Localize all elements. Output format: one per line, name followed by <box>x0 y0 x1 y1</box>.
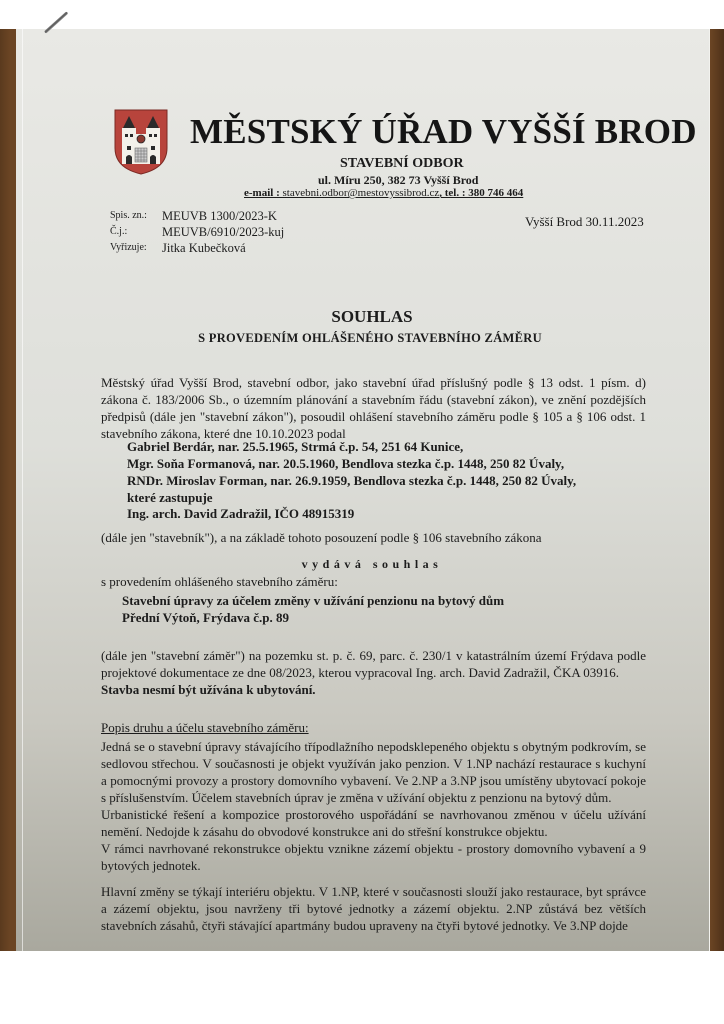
reference-value: MEUVB/6910/2023-kuj <box>162 224 284 240</box>
email-label: e-mail : <box>244 187 282 199</box>
reference-row-number: Č.j.: MEUVB/6910/2023-kuj <box>110 224 284 240</box>
contact-line: e-mail : stavebni.odbor@mestovyssibrod.c… <box>244 187 523 199</box>
applicant-entry: Mgr. Soňa Formanová, nar. 20.5.1960, Ben… <box>127 455 576 472</box>
coat-of-arms-icon <box>113 108 169 176</box>
description-paragraph: Urbanistické řešení a kompozice prostoro… <box>101 806 646 840</box>
reference-label: Č.j.: <box>110 224 162 240</box>
reference-value: MEUVB 1300/2023-K <box>162 208 277 224</box>
location-text: (dále jen "stavební záměr") na pozemku s… <box>101 648 646 680</box>
department-name: STAVEBNÍ ODBOR <box>340 156 464 172</box>
office-address: ul. Míru 250, 382 73 Vyšší Brod <box>318 173 478 188</box>
email-link[interactable]: stavebni.odbor@mestovyssibrod.cz <box>282 187 439 199</box>
reference-block: Spis. zn.: MEUVB 1300/2023-K Č.j.: MEUVB… <box>110 208 284 256</box>
applicants-list: Gabriel Berdár, nar. 25.5.1965, Strmá č.… <box>127 438 576 506</box>
builder-line: (dále jen "stavebník"), a na základě toh… <box>101 530 542 546</box>
phone-text: , tel. : 380 746 464 <box>439 187 523 199</box>
document-subtitle: S PROVEDENÍM OHLÁŠENÉHO STAVEBNÍHO ZÁMĚR… <box>8 331 724 346</box>
applicant-entry: RNDr. Miroslav Forman, nar. 26.9.1959, B… <box>127 472 576 489</box>
issues-consent-heading: vydává souhlas <box>10 557 724 572</box>
applicant-entry: Gabriel Berdár, nar. 25.5.1965, Strmá č.… <box>127 438 576 455</box>
representative: Ing. arch. David Zadražil, IČO 48915319 <box>127 506 354 522</box>
document-title: SOUHLAS <box>10 307 724 327</box>
project-location: Přední Výtoň, Frýdava č.p. 89 <box>122 609 504 626</box>
description-heading: Popis druhu a účelu stavebního záměru: <box>101 720 309 736</box>
intro-paragraph: Městský úřad Vyšší Brod, stavební odbor,… <box>101 374 646 442</box>
project-title: Stavební úpravy za účelem změny v užíván… <box>122 592 504 609</box>
representation-note: které zastupuje <box>127 489 576 506</box>
description-paragraph: Jedná se o stavební úpravy stávajícího t… <box>101 738 646 806</box>
use-restriction: Stavba nesmí být užívána k ubytování. <box>101 682 316 697</box>
reference-label: Vyřizuje: <box>110 240 162 256</box>
execution-line: s provedením ohlášeného stavebního záměr… <box>101 574 338 590</box>
reference-value: Jitka Kubečková <box>162 240 246 256</box>
place-date: Vyšší Brod 30.11.2023 <box>525 214 644 230</box>
reference-row-handler: Vyřizuje: Jitka Kubečková <box>110 240 284 256</box>
reference-row-file: Spis. zn.: MEUVB 1300/2023-K <box>110 208 284 224</box>
project-name: Stavební úpravy za účelem změny v užíván… <box>122 592 504 626</box>
document: MĚSTSKÝ ÚŘAD VYŠŠÍ BROD STAVEBNÍ ODBOR u… <box>0 0 724 1024</box>
reference-label: Spis. zn.: <box>110 208 162 224</box>
location-paragraph: (dále jen "stavební záměr") na pozemku s… <box>101 647 646 698</box>
office-name: MĚSTSKÝ ÚŘAD VYŠŠÍ BROD <box>190 112 697 152</box>
description-paragraph: V rámci navrhované rekonstrukce objektu … <box>101 840 646 874</box>
description-paragraph: Hlavní změny se týkají interiéru objektu… <box>101 883 646 934</box>
